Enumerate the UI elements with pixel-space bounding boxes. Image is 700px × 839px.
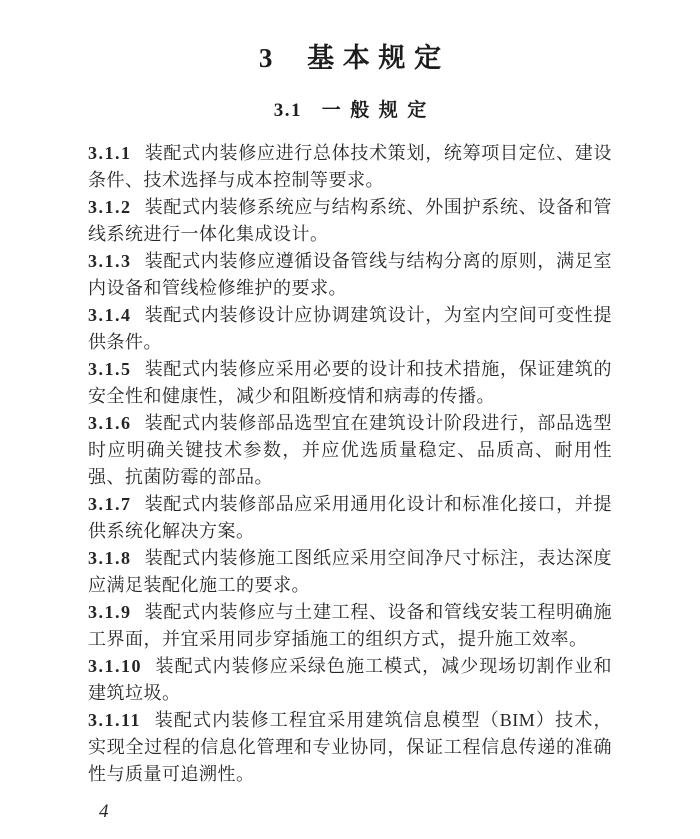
clause-number: 3.1.5 — [88, 359, 132, 379]
clause-text: 装配式内装修工程宜采用建筑信息模型（BIM）技术，实现全过程的信息化管理和专业协… — [88, 710, 612, 784]
section-number: 3.1 — [274, 100, 302, 121]
clause-number: 3.1.10 — [88, 656, 142, 676]
clause-text: 装配式内装修施工图纸应采用空间净尺寸标注，表达深度应满足装配化施工的要求。 — [88, 548, 612, 595]
clause-3-1-3: 3.1.3装配式内装修应遵循设备管线与结构分离的原则，满足室内设备和管线检修维护… — [88, 248, 612, 302]
clause-3-1-2: 3.1.2装配式内装修系统应与结构系统、外围护系统、设备和管线系统进行一体化集成… — [88, 194, 612, 248]
chapter-title-text: 基本规定 — [307, 43, 450, 73]
clause-number: 3.1.1 — [88, 143, 132, 163]
clause-3-1-9: 3.1.9装配式内装修应与土建工程、设备和管线安装工程明确施工界面，并宜采用同步… — [88, 599, 612, 653]
clause-text: 装配式内装修部品应采用通用化设计和标准化接口，并提供系统化解决方案。 — [88, 494, 612, 541]
clause-number: 3.1.11 — [88, 710, 141, 730]
clause-3-1-7: 3.1.7装配式内装修部品应采用通用化设计和标准化接口，并提供系统化解决方案。 — [88, 491, 612, 545]
section-title-text: 一般规定 — [322, 100, 436, 121]
clause-text: 装配式内装修设计应协调建筑设计，为室内空间可变性提供条件。 — [88, 305, 612, 352]
chapter-number: 3 — [259, 43, 275, 73]
clause-text: 装配式内装修应采用必要的设计和技术措施，保证建筑的安全性和健康性，减少和阻断疫情… — [88, 359, 612, 406]
clause-text: 装配式内装修部品选型宜在建筑设计阶段进行，部品选型时应明确关键技术参数，并应优选… — [88, 413, 612, 487]
clause-3-1-8: 3.1.8装配式内装修施工图纸应采用空间净尺寸标注，表达深度应满足装配化施工的要… — [88, 545, 612, 599]
clause-3-1-1: 3.1.1装配式内装修应进行总体技术策划，统筹项目定位、建设条件、技术选择与成本… — [88, 140, 612, 194]
clause-number: 3.1.9 — [88, 602, 132, 622]
clause-list: 3.1.1装配式内装修应进行总体技术策划，统筹项目定位、建设条件、技术选择与成本… — [88, 140, 612, 788]
clause-text: 装配式内装修应采绿色施工模式，减少现场切割作业和建筑垃圾。 — [88, 656, 612, 703]
clause-text: 装配式内装修应进行总体技术策划，统筹项目定位、建设条件、技术选择与成本控制等要求… — [88, 143, 612, 190]
clause-number: 3.1.6 — [88, 413, 132, 433]
clause-text: 装配式内装修应与土建工程、设备和管线安装工程明确施工界面，并宜采用同步穿插施工的… — [88, 602, 612, 649]
clause-number: 3.1.3 — [88, 251, 132, 271]
page-number: 4 — [99, 801, 109, 823]
clause-number: 3.1.2 — [88, 197, 132, 217]
section-title: 3.1 一般规定 — [88, 95, 612, 122]
clause-text: 装配式内装修系统应与结构系统、外围护系统、设备和管线系统进行一体化集成设计。 — [88, 197, 612, 244]
clause-3-1-10: 3.1.10装配式内装修应采绿色施工模式，减少现场切割作业和建筑垃圾。 — [88, 653, 612, 707]
clause-number: 3.1.4 — [88, 305, 132, 325]
clause-3-1-5: 3.1.5装配式内装修应采用必要的设计和技术措施，保证建筑的安全性和健康性，减少… — [88, 356, 612, 410]
chapter-title: 3 基本规定 — [88, 36, 612, 75]
clause-number: 3.1.7 — [88, 494, 132, 514]
clause-3-1-4: 3.1.4装配式内装修设计应协调建筑设计，为室内空间可变性提供条件。 — [88, 302, 612, 356]
document-page: 3 基本规定 3.1 一般规定 3.1.1装配式内装修应进行总体技术策划，统筹项… — [0, 0, 700, 839]
clause-number: 3.1.8 — [88, 548, 132, 568]
clause-text: 装配式内装修应遵循设备管线与结构分离的原则，满足室内设备和管线检修维护的要求。 — [88, 251, 612, 298]
clause-3-1-6: 3.1.6装配式内装修部品选型宜在建筑设计阶段进行，部品选型时应明确关键技术参数… — [88, 410, 612, 491]
clause-3-1-11: 3.1.11装配式内装修工程宜采用建筑信息模型（BIM）技术，实现全过程的信息化… — [88, 707, 612, 788]
